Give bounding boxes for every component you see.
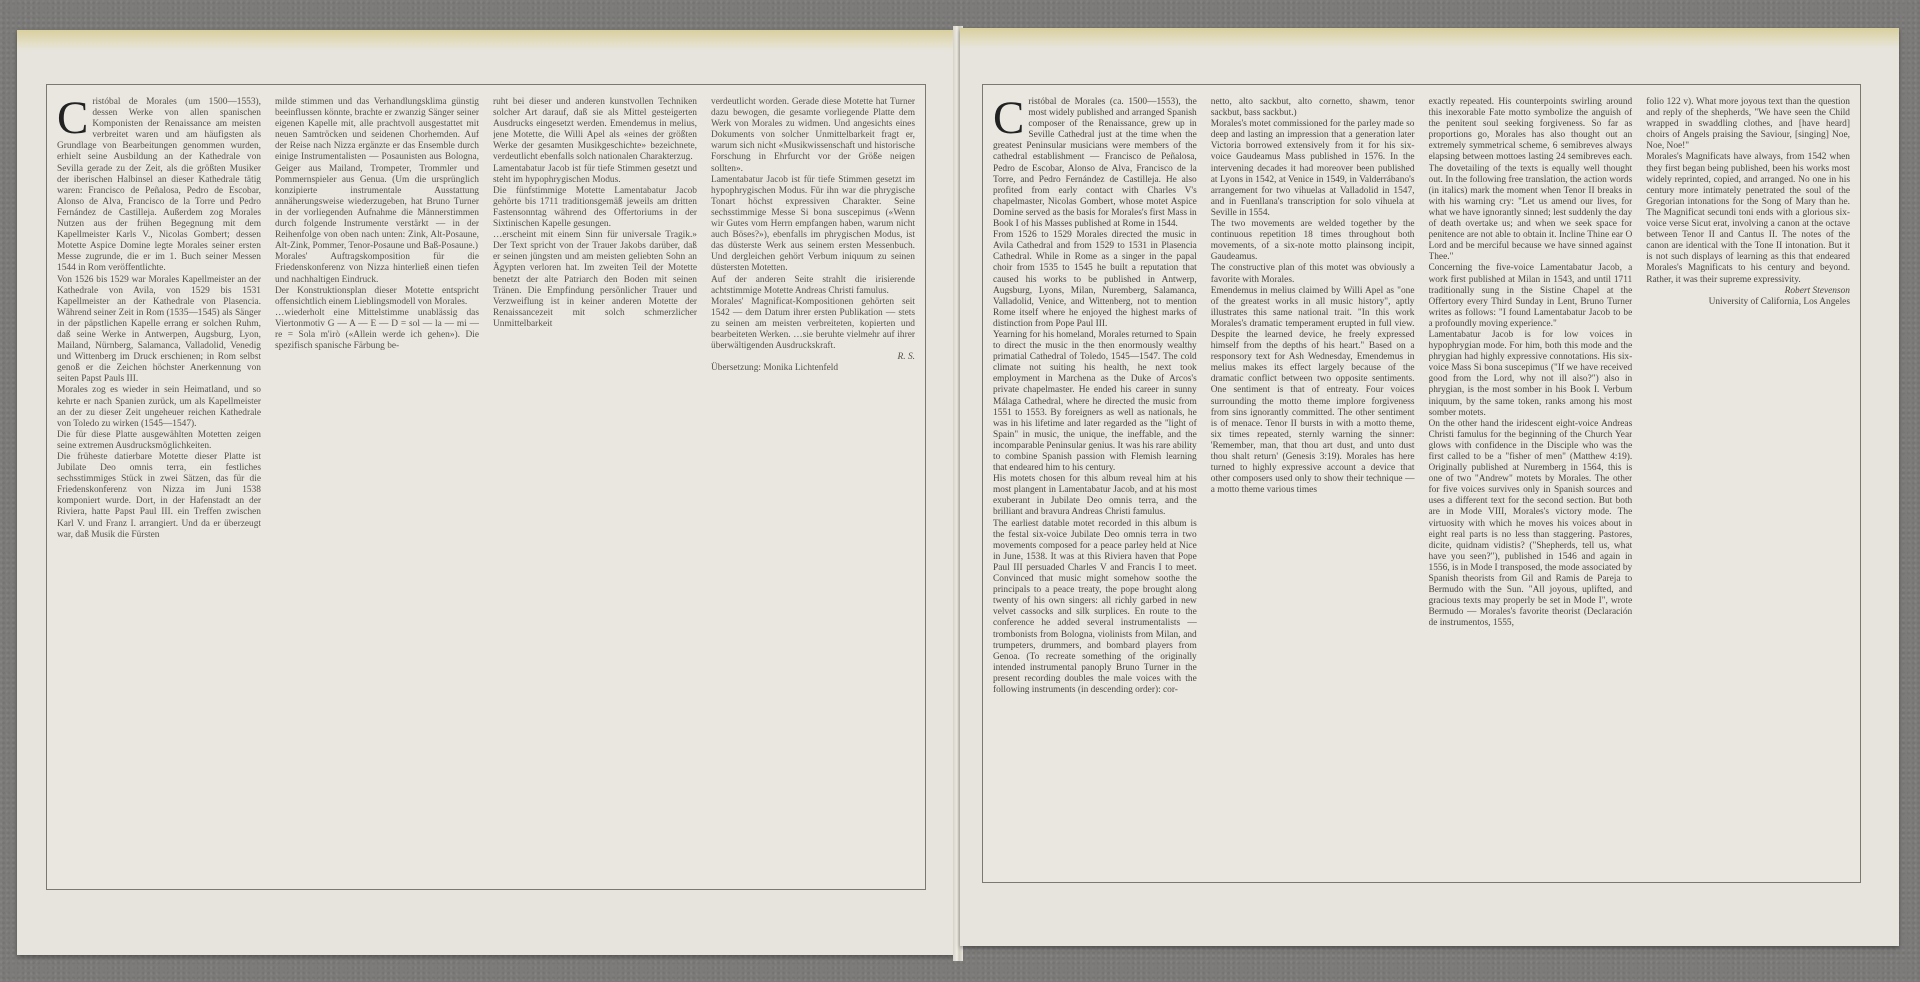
yellowed-top-edge [17,30,955,50]
right-column-4: folio 122 v). What more joyous text than… [1646,97,1850,874]
paragraph: The earliest datable motet recorded in t… [993,519,1197,697]
paragraph: Morales's motet commissioned for the par… [1211,119,1415,219]
paragraph: Concerning the five-voice Lamentabatur J… [1429,263,1633,330]
paragraph: Die für diese Platte ausgewählten Motett… [57,430,261,452]
right-column-1: C ristóbal de Morales (ca. 1500—1553), t… [993,97,1197,874]
dropcap-letter: C [993,99,1024,137]
paragraph: From 1526 to 1529 Morales directed the m… [993,230,1197,330]
paragraph: Der Konstruktionsplan dieser Motette ent… [275,286,479,308]
left-column-1: C ristóbal de Morales (um 1500—1553), de… [57,97,261,881]
paragraph: ruht bei dieser und anderen kunstvollen … [493,97,697,164]
right-column-2: netto, alto sackbut, alto cornetto, shaw… [1211,97,1415,874]
left-columns: C ristóbal de Morales (um 1500—1553), de… [57,97,915,881]
paragraph: milde stimmen und das Verhandlungsklima … [275,97,479,252]
paragraph: Morales zog es wieder in sein Heimatland… [57,385,261,429]
paragraph: The two movements are welded together by… [1211,219,1415,263]
paragraph: folio 122 v). What more joyous text than… [1646,97,1850,152]
right-panel-english: C ristóbal de Morales (ca. 1500—1553), t… [960,28,1899,946]
paragraph: The constructive plan of this motet was … [1211,263,1415,285]
album-gatefold: C ristóbal de Morales (um 1500—1553), de… [17,26,1899,950]
paragraph: …wiederholt eine Mittelstimme unablässig… [275,308,479,352]
paragraph: exactly repeated. His counterpoints swir… [1429,97,1633,263]
paragraph: Lamentabatur Jacob ist für tiefe Stimmen… [711,175,915,275]
paragraph: verdeutlicht worden. Gerade diese Motett… [711,97,915,175]
right-column-3: exactly repeated. His counterpoints swir… [1429,97,1633,874]
paragraph: Lamentabatur Jacob ist für tiefe Stimmen… [493,164,697,186]
left-column-2: milde stimmen und das Verhandlungsklima … [275,97,479,881]
paragraph: Morales' Magnificat-Kompositionen gehört… [711,297,915,352]
right-columns: C ristóbal de Morales (ca. 1500—1553), t… [993,97,1850,874]
paragraph: …erscheint mit einem Sinn für universale… [493,230,697,330]
paragraph: Auf der anderen Seite strahlt die irisie… [711,275,915,297]
yellowed-top-edge [960,28,1899,48]
author-signature: Robert Stevenson [1646,286,1850,297]
left-panel-german: C ristóbal de Morales (um 1500—1553), de… [17,30,955,955]
paragraph: Morales' Auftragskomposition für die Fri… [275,252,479,285]
dropcap-letter: C [57,99,88,137]
paragraph: On the other hand the iridescent eight-v… [1429,419,1633,630]
paragraph: Emendemus in melius claimed by Willi Ape… [1211,286,1415,497]
paragraph: Morales's Magnificats have always, from … [1646,152,1850,285]
author-initials: R. S. [711,352,915,363]
paragraph: netto, alto sackbut, alto cornetto, shaw… [1211,97,1415,119]
left-column-4: verdeutlicht worden. Gerade diese Motett… [711,97,915,881]
paragraph: Von 1526 bis 1529 war Morales Kapellmeis… [57,275,261,386]
paragraph: Die fünfstimmige Motette Lamentabatur Ja… [493,186,697,230]
paragraph: His motets chosen for this album reveal … [993,474,1197,518]
left-text-frame: C ristóbal de Morales (um 1500—1553), de… [46,84,926,890]
left-column-3: ruht bei dieser und anderen kunstvollen … [493,97,697,881]
paragraph: Die früheste datierbare Motette dieser P… [57,452,261,541]
translator-credit: Übersetzung: Monika Lichtenfeld [711,363,915,374]
right-text-frame: C ristóbal de Morales (ca. 1500—1553), t… [982,84,1861,883]
paragraph: Yearning for his homeland, Morales retur… [993,330,1197,474]
author-affiliation: University of California, Los Angeles [1646,297,1850,308]
paragraph: Lamentabatur Jacob is for low voices in … [1429,330,1633,419]
